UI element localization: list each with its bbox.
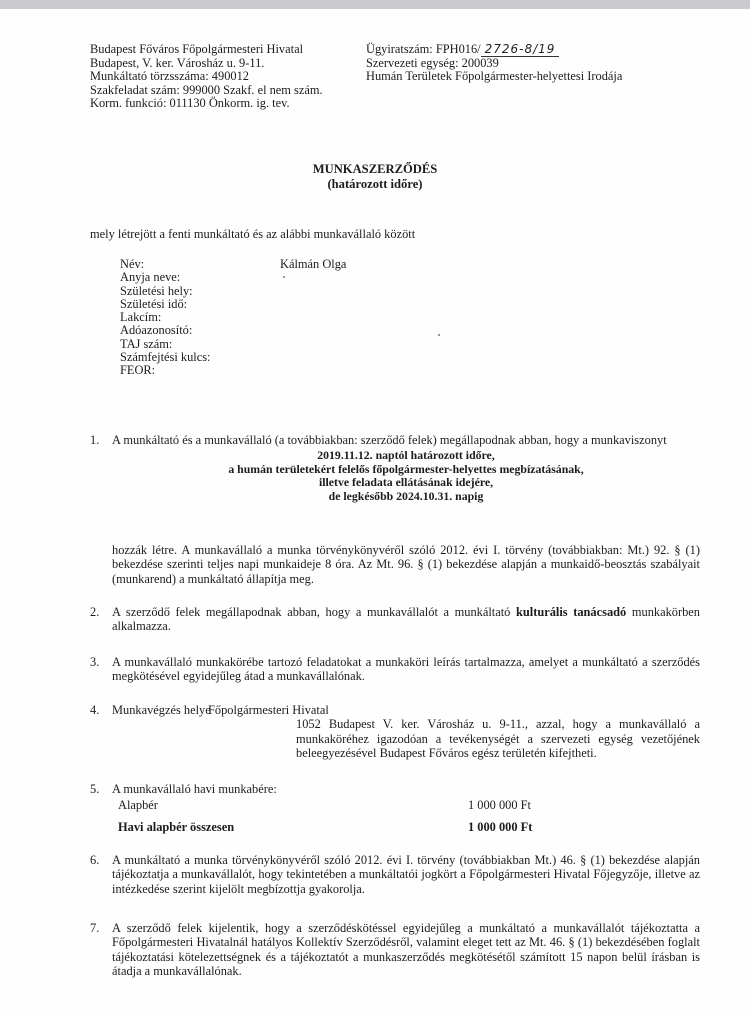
employee-name: Kálmán Olga bbox=[280, 258, 346, 271]
gov-function: Korm. funkció: 011130 Önkorm. ig. tev. bbox=[90, 97, 323, 111]
case-number-label: Ügyiratszám: FPH016/ bbox=[366, 42, 481, 56]
clause-1-terms: 2019.11.12. naptól határozott időre, a h… bbox=[112, 449, 700, 503]
salary-row-total: Havi alapbér összesen 1 000 000 Ft bbox=[118, 820, 678, 834]
case-header: Ügyiratszám: FPH016/2726-8/19 Szervezeti… bbox=[366, 43, 622, 84]
viewer-top-bar-overlay bbox=[0, 0, 750, 9]
case-number-line: Ügyiratszám: FPH016/2726-8/19 bbox=[366, 43, 622, 57]
clause-6: 6. A munkáltató a munka törvénykönyvéről… bbox=[90, 853, 700, 896]
field-row-name: Név:Kálmán Olga bbox=[120, 258, 346, 271]
workplace-name: Főpolgármesteri Hivatal bbox=[208, 703, 700, 717]
clause-number: 1. bbox=[90, 433, 99, 447]
clause-3: 3. A munkavállaló munkakörébe tartozó fe… bbox=[90, 655, 700, 684]
total-salary-amount: 1 000 000 Ft bbox=[468, 820, 532, 834]
field-row-mother-name: Anyja neve: bbox=[120, 271, 346, 284]
employer-header: Budapest Főváros Főpolgármesteri Hivatal… bbox=[90, 43, 323, 111]
clause-1: 1. A munkáltató és a munkavállaló (a tov… bbox=[90, 433, 700, 503]
case-number-handwritten: 2726-8/19 bbox=[481, 42, 560, 57]
title-main: MUNKASZERZŐDÉS bbox=[0, 162, 750, 177]
clause-text: A munkáltató és a munkavállaló (a tovább… bbox=[112, 433, 700, 447]
field-row-tax-id: Adóazonosító: bbox=[120, 324, 346, 337]
field-row-birth-date: Születési idő: bbox=[120, 298, 346, 311]
scan-speck bbox=[283, 276, 285, 278]
job-title: kulturális tanácsadó bbox=[516, 605, 626, 619]
org-unit: Szervezeti egység: 200039 bbox=[366, 57, 622, 71]
employer-name: Budapest Főváros Főpolgármesteri Hivatal bbox=[90, 43, 323, 57]
field-row-birth-place: Születési hely: bbox=[120, 285, 346, 298]
clause-1-continuation: hozzák létre. A munkavállaló a munka tör… bbox=[112, 543, 700, 586]
scan-speck bbox=[438, 334, 440, 336]
task-number: Szakfeladat szám: 999000 Szakf. el nem s… bbox=[90, 84, 323, 98]
employer-registry-number: Munkáltató törzsszáma: 490012 bbox=[90, 70, 323, 84]
employee-fields: Név:Kálmán Olga Anyja neve: Születési he… bbox=[120, 258, 346, 378]
document-title: MUNKASZERZŐDÉS (határozott időre) bbox=[0, 162, 750, 192]
department: Humán Területek Főpolgármester-helyettes… bbox=[366, 70, 622, 84]
field-row-payroll-key: Számfejtési kulcs: bbox=[120, 351, 346, 364]
clause-2: 2. A szerződő felek megállapodnak abban,… bbox=[90, 605, 700, 634]
title-subtitle: (határozott időre) bbox=[0, 177, 750, 192]
base-salary-amount: 1 000 000 Ft bbox=[468, 798, 531, 812]
field-row-feor: FEOR: bbox=[120, 364, 346, 377]
salary-row-base: Alapbér 1 000 000 Ft bbox=[118, 798, 678, 812]
intro-text: mely létrejött a fenti munkáltató és az … bbox=[90, 228, 415, 242]
clause-5: 5. A munkavállaló havi munkabére: Alapbé… bbox=[90, 782, 700, 796]
workplace-label: Munkavégzés helye bbox=[112, 703, 211, 717]
document-page: Budapest Főváros Főpolgármesteri Hivatal… bbox=[0, 0, 750, 1003]
employer-address: Budapest, V. ker. Városház u. 9-11. bbox=[90, 57, 323, 71]
field-row-taj: TAJ szám: bbox=[120, 338, 346, 351]
clause-4: 4. Munkavégzés helye Főpolgármesteri Hiv… bbox=[90, 703, 700, 761]
workplace-text: 1052 Budapest V. ker. Városház u. 9-11.,… bbox=[296, 717, 700, 760]
clause-7: 7. A szerződő felek kijelentik, hogy a s… bbox=[90, 921, 700, 979]
field-row-address: Lakcím: bbox=[120, 311, 346, 324]
